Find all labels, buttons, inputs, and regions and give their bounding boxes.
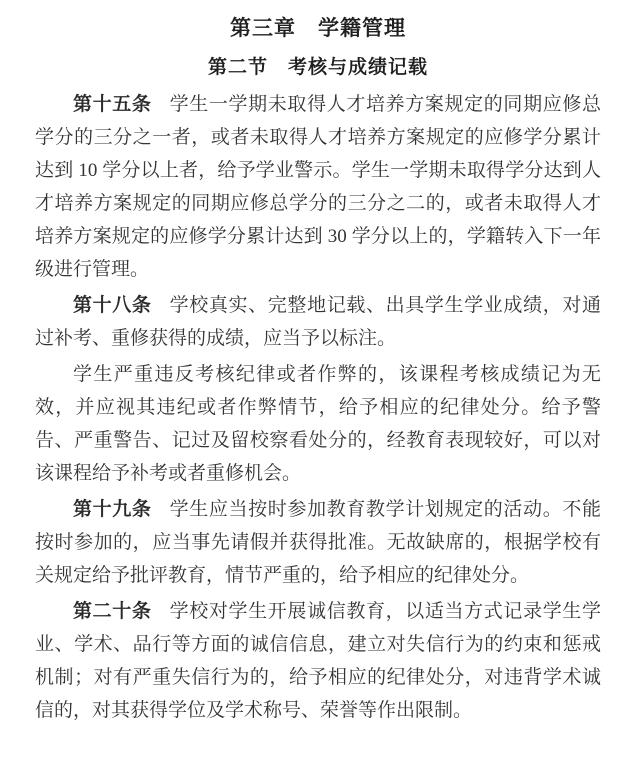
article-paragraph: 第十五条学生一学期未取得人才培养方案规定的同期应修总学分的三分之一者，或者未取得… bbox=[35, 88, 601, 286]
document-body: 第十五条学生一学期未取得人才培养方案规定的同期应修总学分的三分之一者，或者未取得… bbox=[35, 88, 601, 727]
article-number: 第十八条 bbox=[73, 295, 152, 316]
article-number: 第十五条 bbox=[73, 94, 152, 115]
article-paragraph: 第十八条学校真实、完整地记载、出具学生学业成绩，对通过补考、重修获得的成绩，应当… bbox=[35, 289, 601, 355]
article-number: 第二十条 bbox=[73, 601, 152, 622]
chapter-title: 第三章 学籍管理 bbox=[35, 14, 601, 44]
article-text: 学生严重违反考核纪律或者作弊的，该课程考核成绩记为无效，并应视其违纪或者作弊情节… bbox=[35, 364, 601, 484]
document-page: 第三章 学籍管理 第二节 考核与成绩记载 第十五条学生一学期未取得人才培养方案规… bbox=[0, 0, 635, 757]
article-number: 第十九条 bbox=[73, 499, 152, 520]
article-paragraph: 第二十条学校对学生开展诚信教育，以适当方式记录学生学业、学术、品行等方面的诚信信… bbox=[35, 595, 601, 727]
article-text: 学生一学期未取得人才培养方案规定的同期应修总学分的三分之一者，或者未取得人才培养… bbox=[35, 94, 601, 280]
article-paragraph: 第十九条学生应当按时参加教育教学计划规定的活动。不能按时参加的，应当事先请假并获… bbox=[35, 493, 601, 592]
article-paragraph: 学生严重违反考核纪律或者作弊的，该课程考核成绩记为无效，并应视其违纪或者作弊情节… bbox=[35, 358, 601, 490]
section-title: 第二节 考核与成绩记载 bbox=[35, 54, 601, 82]
